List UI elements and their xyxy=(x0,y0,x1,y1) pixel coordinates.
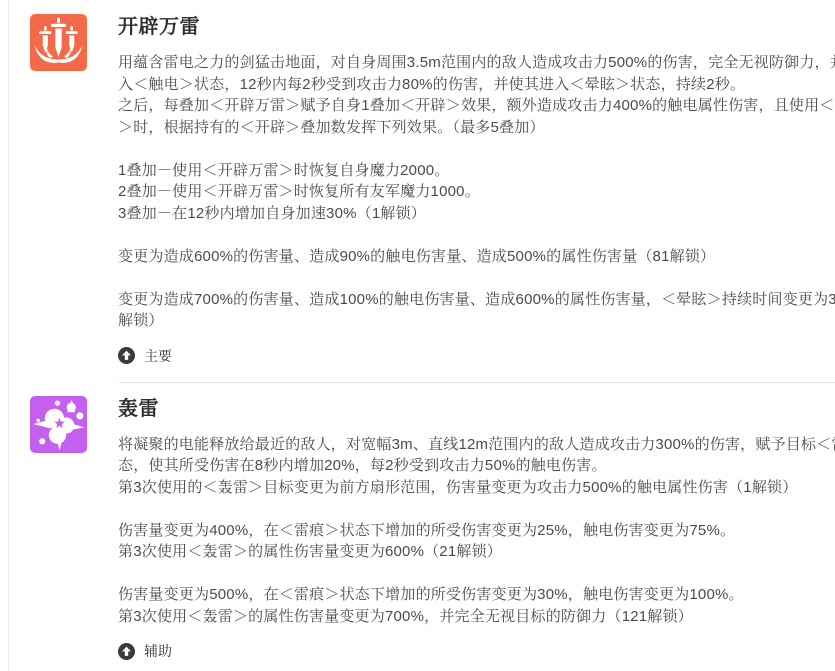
skill-section-kaipi-wanlei: 开辟万雷 用蕴含雷电之力的剑猛击地面，对自身周围3.5m范围内的敌人造成攻击力5… xyxy=(9,0,835,367)
skill-paragraph: 伤害量变更为500%，在＜雷痕＞状态下增加的所受伤害变更为30%，触电伤害变更为… xyxy=(118,584,835,627)
skill-type-label: 主要 xyxy=(144,346,172,366)
text-line: 用蕴含雷电之力的剑猛击地面，对自身周围3.5m范围内的敌人造成攻击力500%的伤… xyxy=(118,52,835,74)
skill-description: 将凝聚的电能释放给最近的敌人，对宽幅3m、直线12m范围内的敌人造成攻击力300… xyxy=(118,434,835,628)
text-line: 之后，每叠加＜开辟万雷＞赋予自身1叠加＜开辟＞效果，额外造成攻击力400%的触电… xyxy=(118,95,835,117)
skill-paragraph: 1叠加－使用＜开辟万雷＞时恢复自身魔力2000。2叠加－使用＜开辟万雷＞时恢复所… xyxy=(118,160,835,225)
text-line: 入＜触电＞状态，12秒内每2秒受到攻击力80%的伤害，并使其进入＜晕眩＞状态，持… xyxy=(118,74,835,96)
skill-title: 开辟万雷 xyxy=(118,14,835,40)
text-line: 变更为造成700%的伤害量、造成100%的触电伤害量、造成600%的属性伤害量，… xyxy=(118,289,835,311)
text-line: 伤害量变更为500%，在＜雷痕＞状态下增加的所受伤害变更为30%，触电伤害变更为… xyxy=(118,584,835,606)
skill-paragraph: 伤害量变更为400%，在＜雷痕＞状态下增加的所受伤害变更为25%，触电伤害变更为… xyxy=(118,520,835,563)
text-line: 2叠加－使用＜开辟万雷＞时恢复所有友军魔力1000。 xyxy=(118,181,835,203)
text-line: 态，使其所受伤害在8秒内增加20%，每2秒受到攻击力50%的触电伤害。 xyxy=(118,455,835,477)
text-line: 1叠加－使用＜开辟万雷＞时恢复自身魔力2000。 xyxy=(118,160,835,182)
arrow-up-circle-icon xyxy=(118,643,135,660)
text-line: ＞时，根据持有的＜开辟＞叠加数发挥下列效果。（最多5叠加） xyxy=(118,117,835,139)
skill-paragraph: 将凝聚的电能释放给最近的敌人，对宽幅3m、直线12m范围内的敌人造成攻击力300… xyxy=(118,434,835,499)
text-line: 3叠加－在12秒内增加自身加速30%（1解锁） xyxy=(118,203,835,225)
skill-section-honglei: 轰雷 将凝聚的电能释放给最近的敌人，对宽幅3m、直线12m范围内的敌人造成攻击力… xyxy=(9,383,835,663)
skill-title: 轰雷 xyxy=(118,396,835,422)
bubble-burst-icon xyxy=(30,396,87,453)
skill-panel: 开辟万雷 用蕴含雷电之力的剑猛击地面，对自身周围3.5m范围内的敌人造成攻击力5… xyxy=(8,0,835,671)
skill-type-tag: 辅助 xyxy=(118,640,835,662)
skill-type-label: 辅助 xyxy=(144,641,172,661)
skill-description: 用蕴含雷电之力的剑猛击地面，对自身周围3.5m范围内的敌人造成攻击力500%的伤… xyxy=(118,52,835,332)
skill-type-tag: 主要 xyxy=(118,345,835,367)
skill-paragraph: 用蕴含雷电之力的剑猛击地面，对自身周围3.5m范围内的敌人造成攻击力500%的伤… xyxy=(118,52,835,138)
bubble-burst-glyph xyxy=(30,396,87,453)
skill-paragraph: 变更为造成600%的伤害量、造成90%的触电伤害量、造成500%的属性伤害量（8… xyxy=(118,246,835,268)
text-line: 伤害量变更为400%，在＜雷痕＞状态下增加的所受伤害变更为25%，触电伤害变更为… xyxy=(118,520,835,542)
text-line: 第3次使用的＜轰雷＞目标变更为前方扇形范围，伤害量变更为攻击力500%的触电属性… xyxy=(118,477,835,499)
text-line: 变更为造成600%的伤害量、造成90%的触电伤害量、造成500%的属性伤害量（8… xyxy=(118,246,835,268)
arrow-up-circle-icon xyxy=(118,347,135,364)
text-line: 第3次使用＜轰雷＞的属性伤害量变更为600%（21解锁） xyxy=(118,541,835,563)
text-line: 解锁） xyxy=(118,310,835,332)
triple-swords-glyph xyxy=(30,14,87,71)
triple-swords-icon xyxy=(30,14,87,71)
skill-paragraph: 变更为造成700%的伤害量、造成100%的触电伤害量、造成600%的属性伤害量，… xyxy=(118,289,835,332)
text-line: 将凝聚的电能释放给最近的敌人，对宽幅3m、直线12m范围内的敌人造成攻击力300… xyxy=(118,434,835,456)
text-line: 第3次使用＜轰雷＞的属性伤害量变更为700%，并完全无视目标的防御力（121解锁… xyxy=(118,606,835,628)
